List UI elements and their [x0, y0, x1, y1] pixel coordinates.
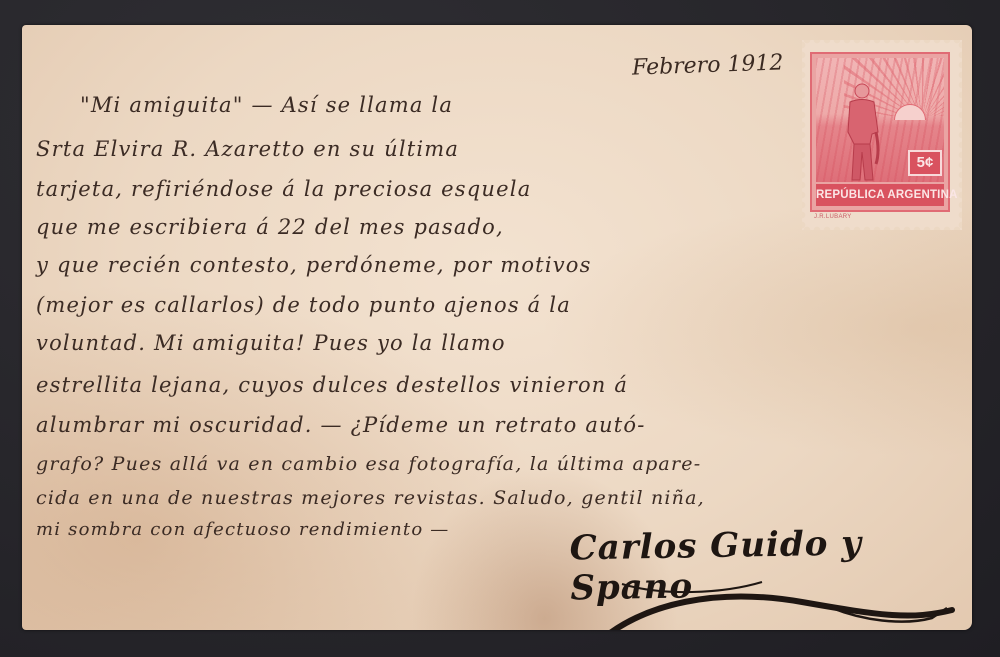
stamp-frame: 5¢ REPÚBLICA ARGENTINA — [810, 52, 950, 212]
letter-line: que me escribiera á 22 del mes pasado, — [36, 215, 504, 239]
stamp-engraver: J.R.LUBARY — [814, 214, 852, 220]
stamp-value: 5¢ — [908, 150, 942, 176]
stamp-country: REPÚBLICA ARGENTINA — [816, 184, 944, 206]
letter-line: y que recién contesto, perdóneme, por mo… — [36, 253, 592, 277]
letter-line: grafo? Pues allá va en cambio esa fotogr… — [36, 453, 701, 475]
letter-line: alumbrar mi oscuridad. — ¿Pídeme un retr… — [36, 413, 646, 437]
stamp-perforation — [802, 40, 810, 230]
stamp-perforation — [954, 40, 962, 230]
letter-line: voluntad. Mi amiguita! Pues yo la llamo — [36, 331, 506, 355]
letter-line: "Mi amiguita" — Así se llama la — [80, 93, 453, 117]
letter-line: estrellita lejana, cuyos dulces destello… — [36, 373, 628, 397]
letter-line: mi sombra con afectuoso rendimiento — — [36, 519, 449, 540]
stamp-perforation — [802, 222, 962, 230]
postage-stamp: 5¢ REPÚBLICA ARGENTINA J.R.LUBARY — [802, 40, 962, 230]
letter-line: (mejor es callarlos) de todo punto ajeno… — [36, 293, 571, 317]
plowman-figure-icon — [838, 82, 884, 182]
stamp-perforation — [802, 40, 962, 48]
signature-flourish-icon — [582, 580, 962, 630]
letter-line: cida en una de nuestras mejores revistas… — [36, 487, 705, 509]
letter-line: Srta Elvira R. Azaretto en su última — [36, 137, 459, 161]
letter-date: Febrero 1912 — [632, 50, 784, 80]
letter-line: tarjeta, refiriéndose á la preciosa esqu… — [36, 177, 531, 201]
postcard: Febrero 1912 "Mi amiguita" — Así se llam… — [22, 25, 972, 630]
